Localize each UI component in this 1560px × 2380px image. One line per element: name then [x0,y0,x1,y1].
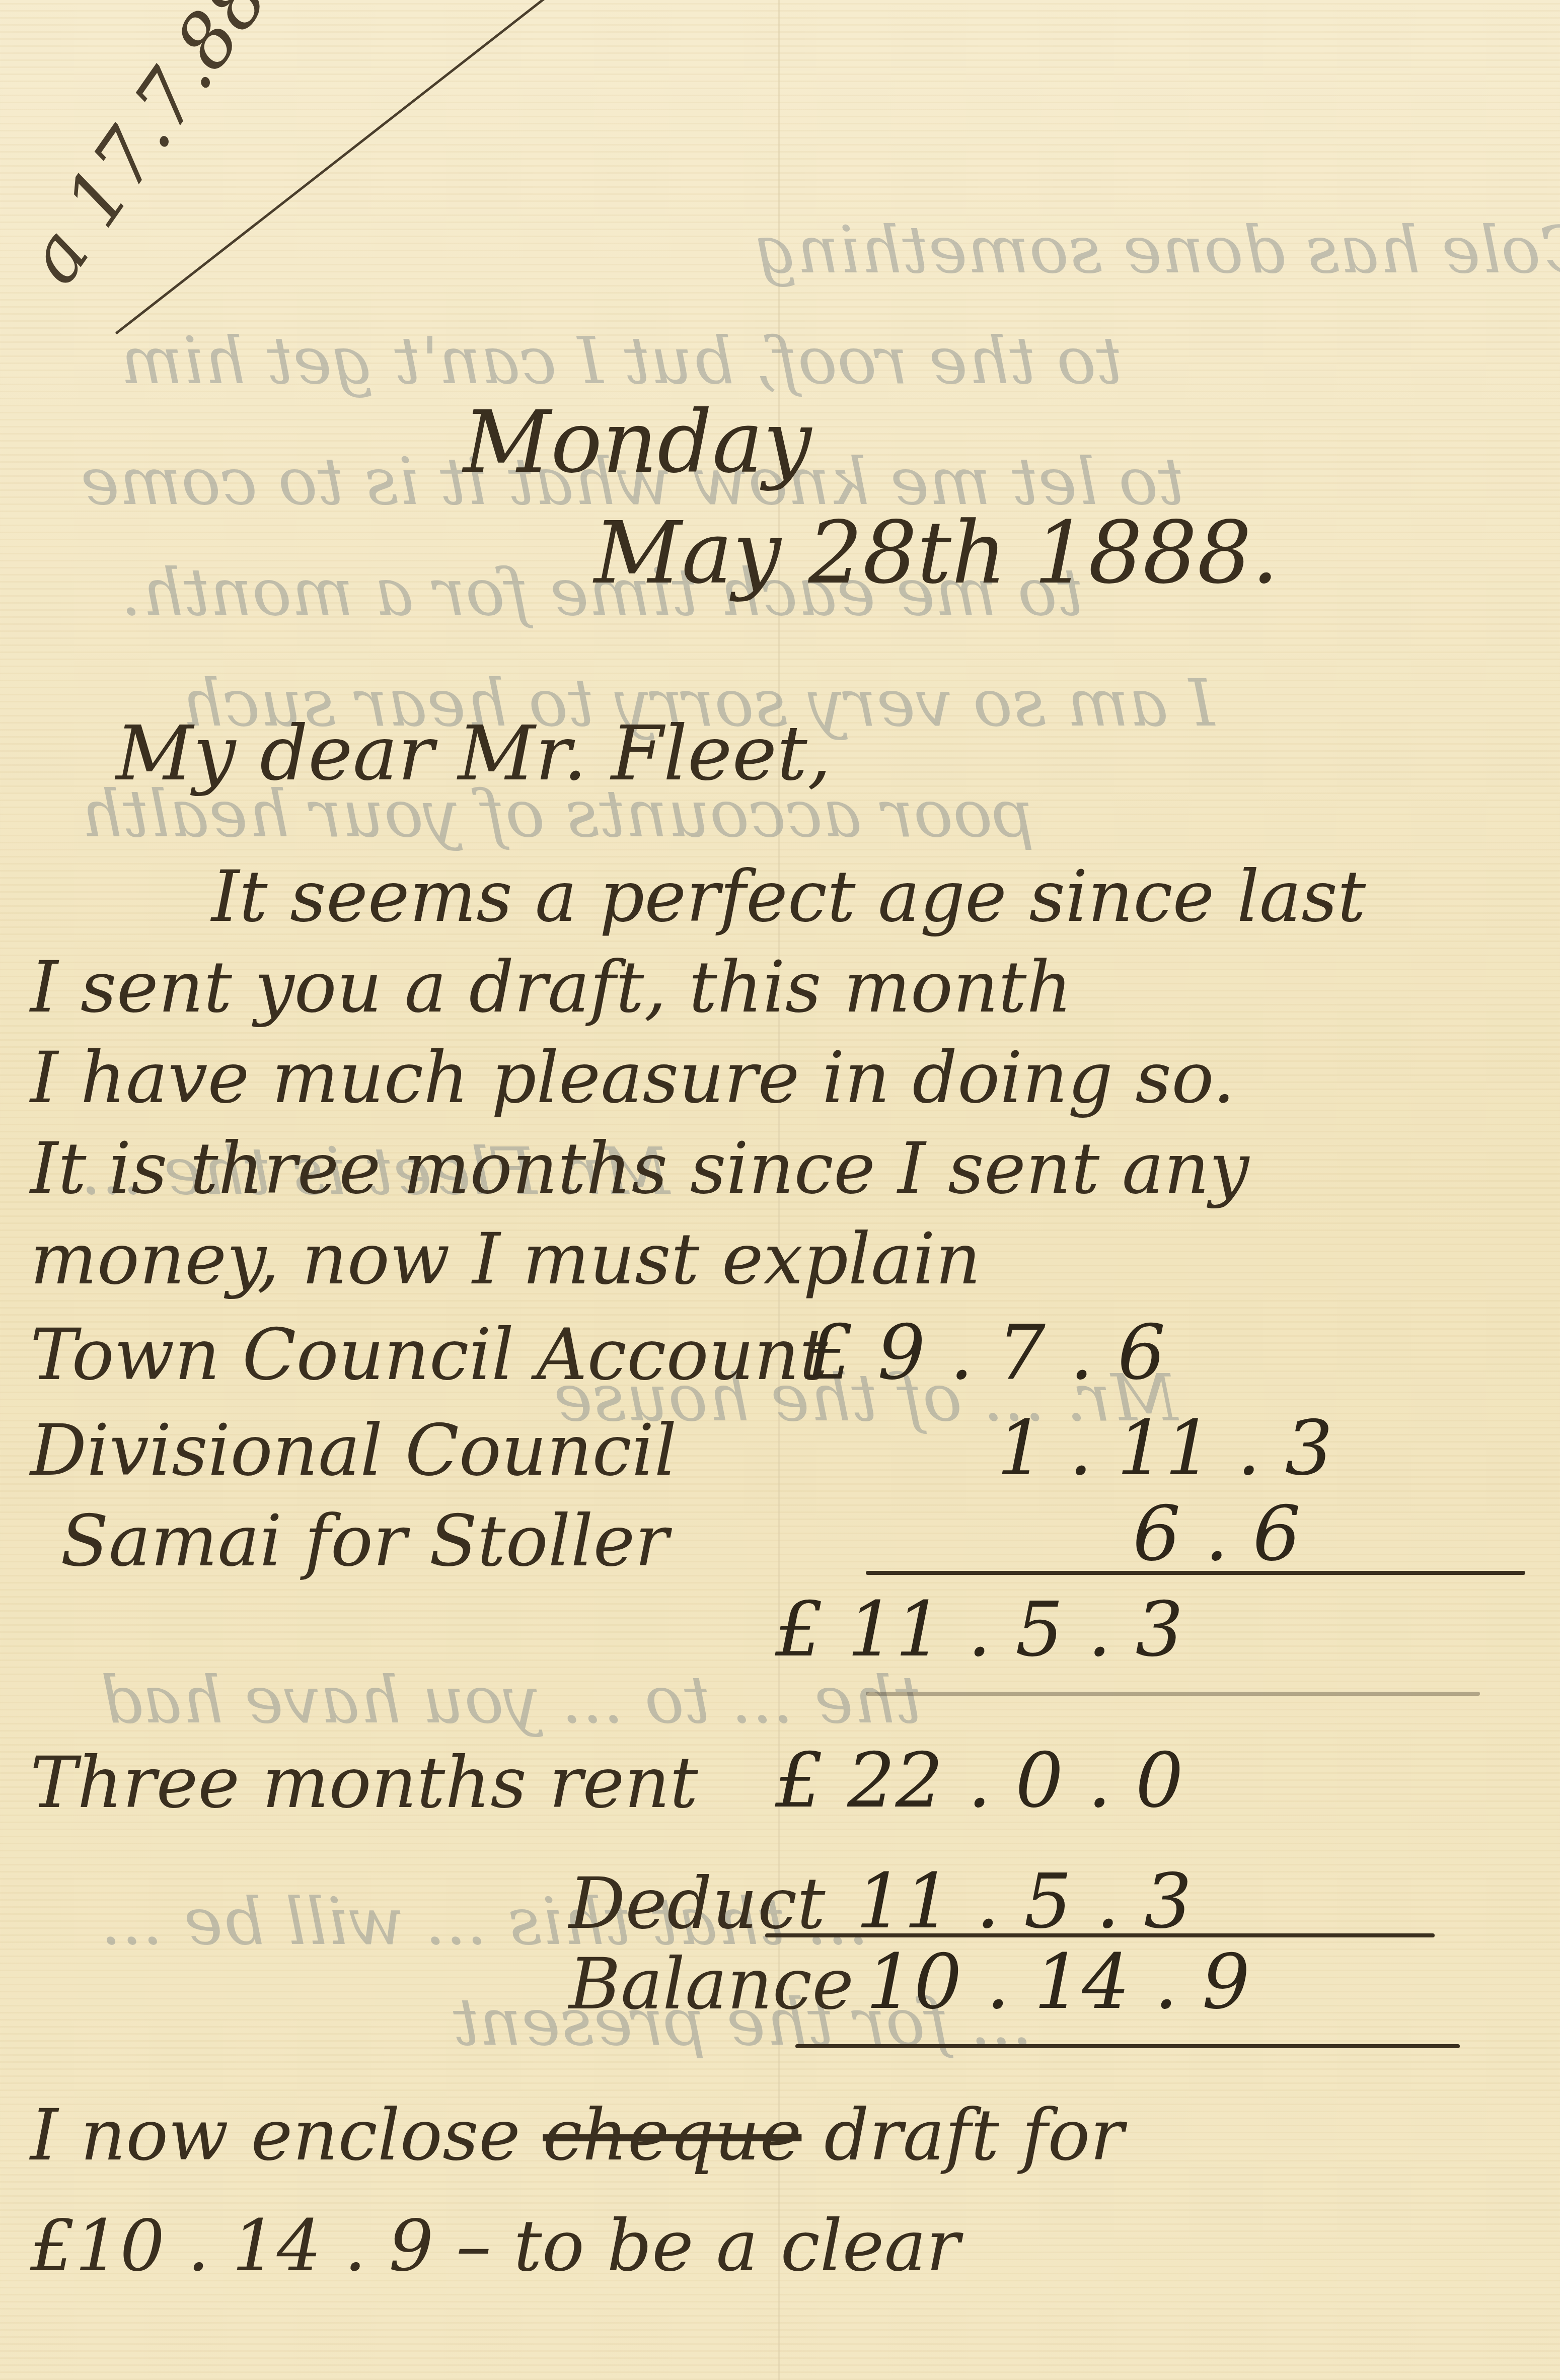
ledger-item-label: Town Council Account [30,1314,828,1396]
body-line: I sent you a draft, this month [30,947,1072,1029]
letter-day: Monday [463,393,811,492]
bleed-through-line: to the roof, but I can't get him [121,322,1123,399]
ledger-item-label: Divisional Council [30,1410,677,1492]
rent-label: Three months rent [30,1742,698,1824]
struck-word: cheque [543,2095,801,2177]
rent-amount: £ 22 . 0 . 0 [775,1737,1183,1825]
closing-line-1: I now enclose cheque draft for [30,2095,1124,2177]
deduct-label: Deduct [569,1863,826,1945]
ledger-item-amount: £ 9 . 7 . 6 [805,1309,1166,1397]
deduct-amount: 11 . 5 . 3 [856,1858,1192,1945]
ledger-item-amount: 6 . 6 [1133,1490,1301,1578]
balance-amount: 10 . 14 . 9 [866,1938,1250,2026]
deduct-rule [765,1933,1435,1937]
bleed-through-line: Mr. Cole has done something [755,211,1560,288]
balance-label: Balance [569,1943,854,2026]
body-line: I have much pleasure in doing so. [30,1037,1235,1119]
body-line: It is three months since I sent any [30,1128,1249,1210]
subtotal-rule [866,1571,1525,1575]
body-line: money, now I must explain [30,1218,981,1301]
ledger-item-amount: 1 . 11 . 3 [997,1405,1333,1492]
body-line: It seems a perfect age since last [211,856,1366,938]
ledger-item-label: Samai for Stoller [60,1500,668,1582]
letter-date: May 28th 1888. [594,503,1279,603]
subtotal-underline [866,1692,1480,1696]
subtotal-amount: £ 11 . 5 . 3 [775,1586,1183,1674]
closing-line-1-prefix: I now enclose [30,2095,521,2177]
balance-rule [795,2044,1460,2048]
salutation: My dear Mr. Fleet, [116,710,831,798]
closing-line-2: £10 . 14 . 9 – to be a clear [30,2205,960,2287]
closing-line-1-suffix: draft for [824,2095,1124,2177]
